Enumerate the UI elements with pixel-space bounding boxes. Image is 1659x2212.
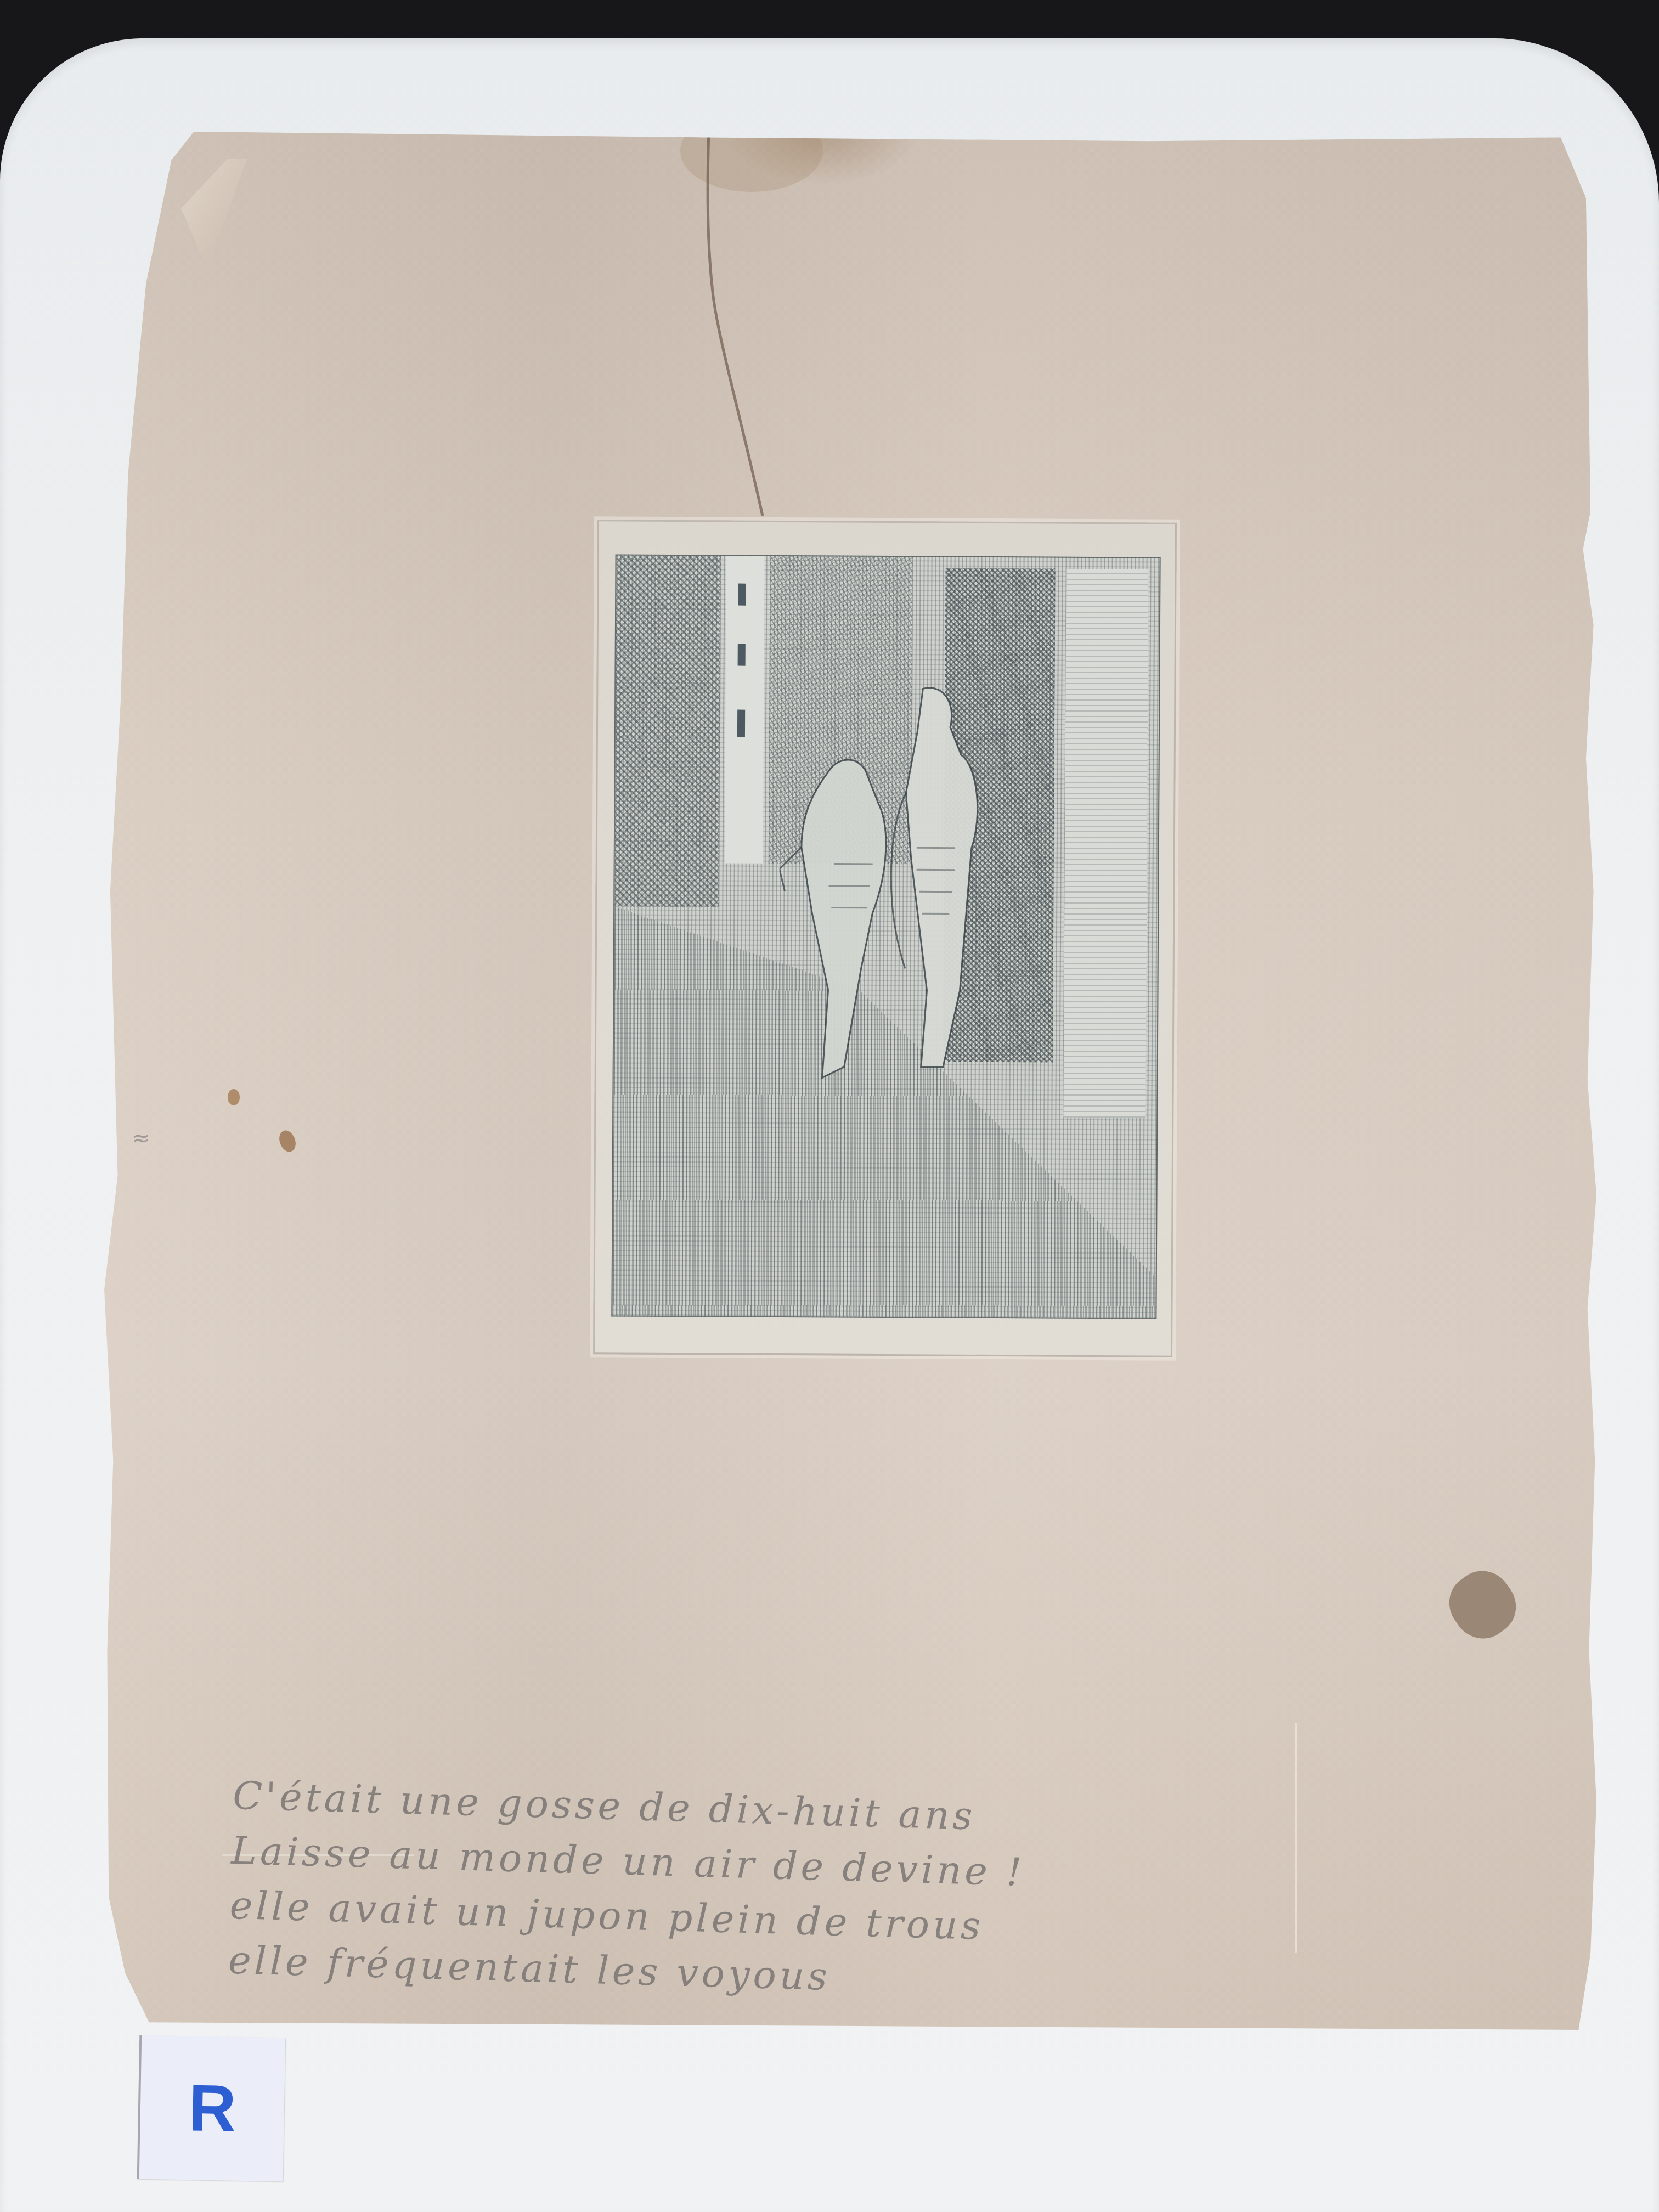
sticky-label: R xyxy=(137,2035,286,2182)
crease-line xyxy=(1295,1723,1297,1953)
etching-left-wall xyxy=(614,555,720,907)
etching-window xyxy=(738,644,746,666)
label-letter: R xyxy=(188,2070,236,2146)
etching-right-wall xyxy=(1063,569,1148,1118)
dark-stain-right xyxy=(1438,1560,1527,1650)
etching-window xyxy=(738,584,746,606)
etching-figures xyxy=(778,682,1011,1177)
foxing-spot xyxy=(228,1089,240,1105)
margin-mark: ≈ xyxy=(132,1130,159,1185)
handwritten-verse: C'était une gosse de dix-huit ans Laisse… xyxy=(228,1768,1111,2012)
etching-plate xyxy=(593,520,1177,1357)
paper-crack xyxy=(697,132,806,527)
foxing-spot xyxy=(276,1128,298,1154)
etching-image xyxy=(611,554,1160,1319)
etching-window xyxy=(737,710,745,737)
